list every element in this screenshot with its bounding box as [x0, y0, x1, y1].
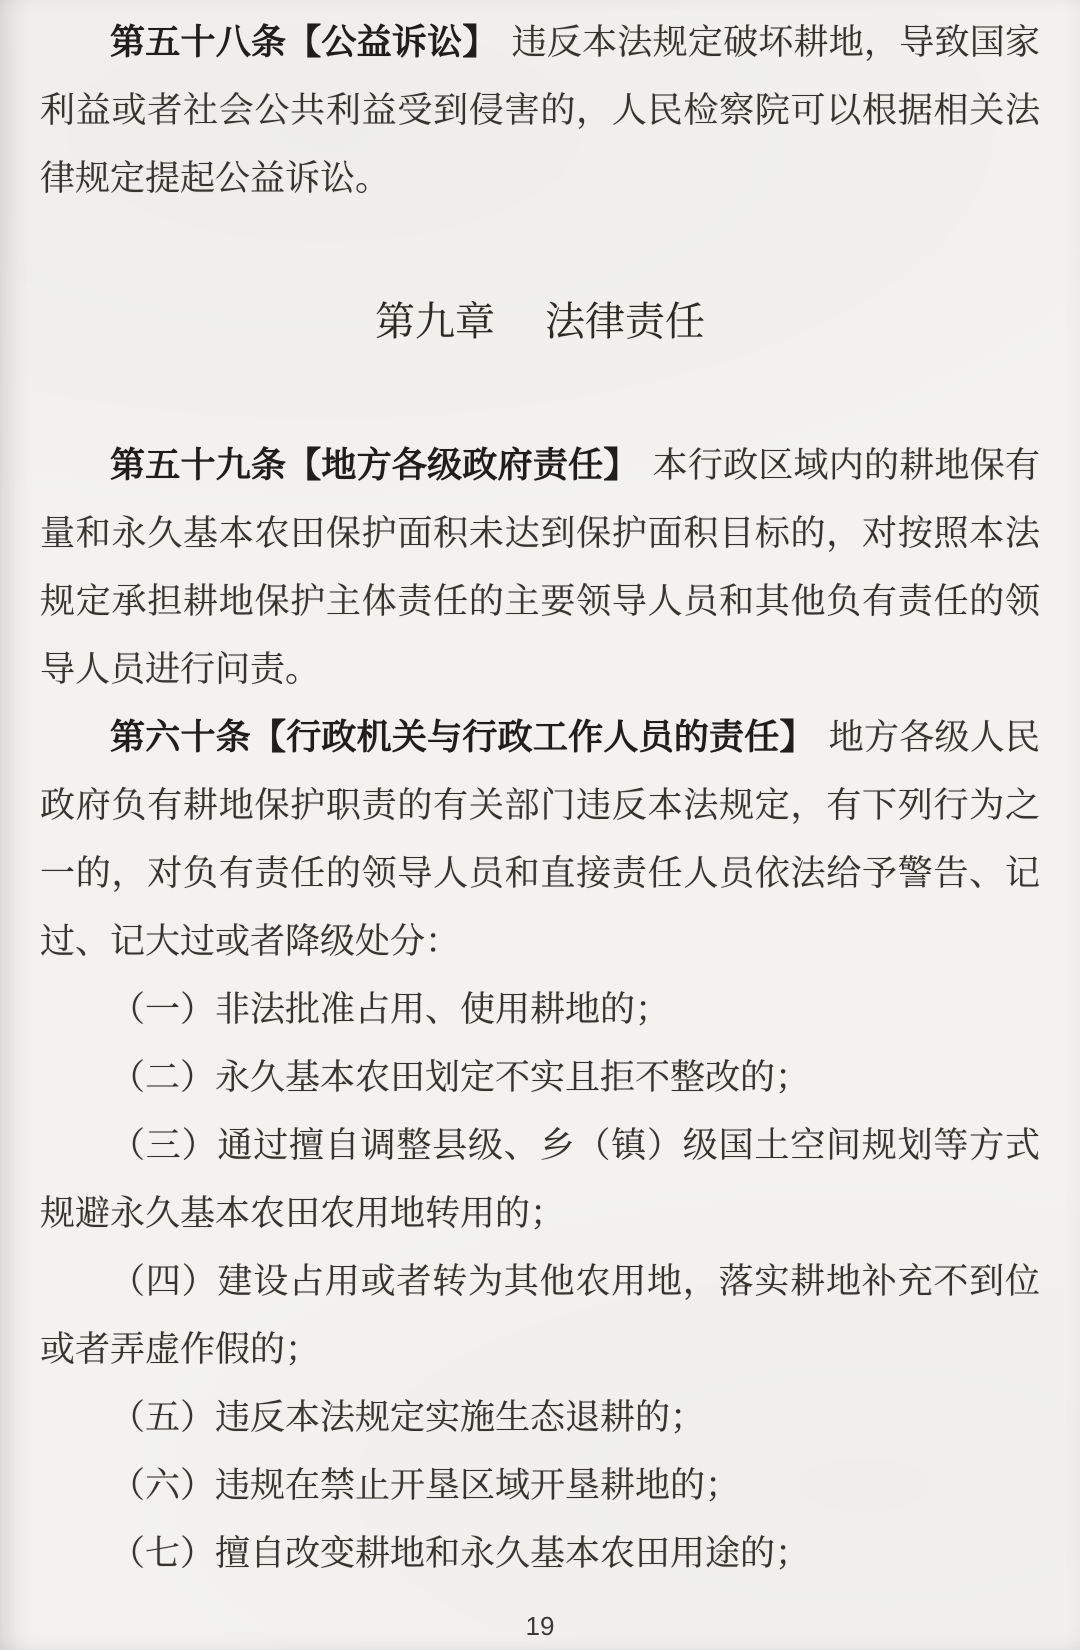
chapter-heading: 第九章 法律责任 [40, 288, 1040, 356]
article-59-head: 第五十九条【地方各级政府责任】 [110, 446, 639, 485]
list-item-6: （六）违规在禁止开垦区域开垦耕地的； [40, 1452, 1040, 1520]
list-item-1: （一）非法批准占用、使用耕地的； [40, 976, 1040, 1044]
article-60-head: 第六十条【行政机关与行政工作人员的责任】 [110, 718, 815, 757]
page-number: 19 [0, 1613, 1080, 1639]
list-item-5: （五）违反本法规定实施生态退耕的； [40, 1384, 1040, 1452]
list-item-2: （二）永久基本农田划定不实且拒不整改的； [40, 1044, 1040, 1112]
text-column: 第五十八条【公益诉讼】违反本法规定破坏耕地，导致国家利益或者社会公共利益受到侵害… [40, 9, 1040, 1588]
article-58-paragraph: 第五十八条【公益诉讼】违反本法规定破坏耕地，导致国家利益或者社会公共利益受到侵害… [40, 9, 1040, 213]
chapter-number: 第九章 [375, 288, 495, 356]
list-item-3: （三）通过擅自调整县级、乡（镇）级国土空间规划等方式规避永久基本农田农用地转用的… [40, 1112, 1040, 1248]
document-page: 第五十八条【公益诉讼】违反本法规定破坏耕地，导致国家利益或者社会公共利益受到侵害… [0, 0, 1080, 1650]
article-59-paragraph: 第五十九条【地方各级政府责任】本行政区域内的耕地保有量和永久基本农田保护面积未达… [40, 432, 1040, 704]
article-58-head: 第五十八条【公益诉讼】 [110, 23, 498, 62]
chapter-title: 法律责任 [545, 288, 705, 356]
list-item-4: （四）建设占用或者转为其他农用地，落实耕地补充不到位或者弄虚作假的； [40, 1248, 1040, 1384]
article-60-paragraph: 第六十条【行政机关与行政工作人员的责任】地方各级人民政府负有耕地保护职责的有关部… [40, 704, 1040, 976]
list-item-7: （七）擅自改变耕地和永久基本农田用途的； [40, 1520, 1040, 1588]
